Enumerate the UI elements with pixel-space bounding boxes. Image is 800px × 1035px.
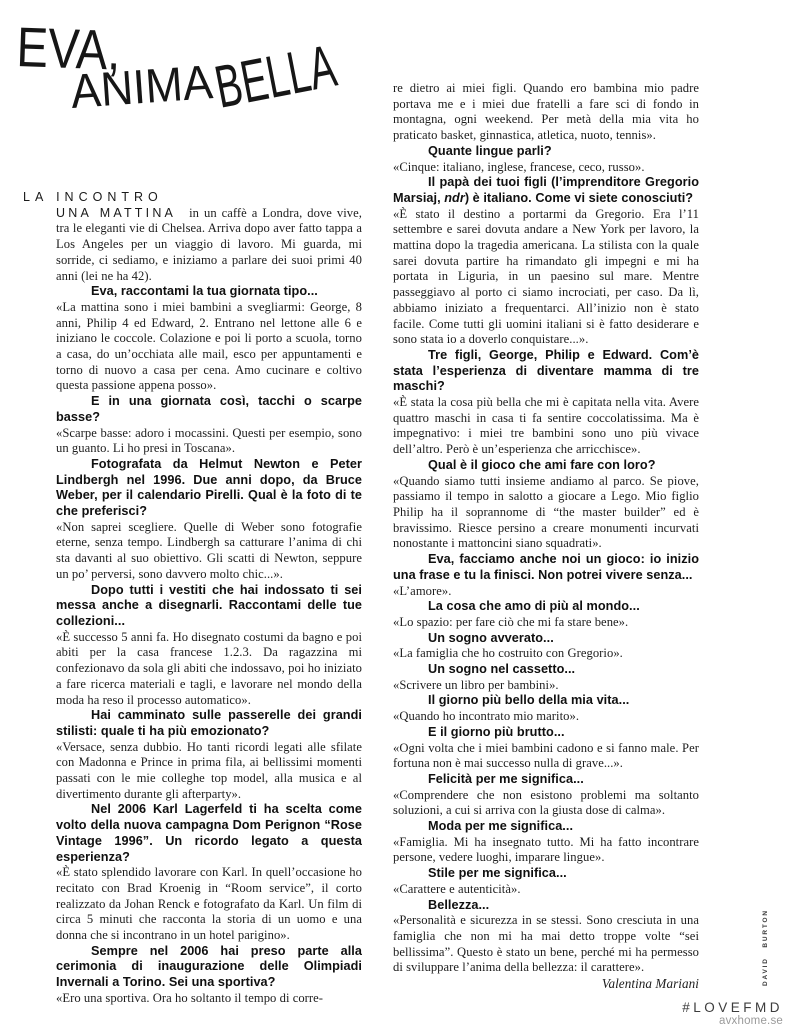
question-paragraph: Stile per me significa... (393, 866, 699, 882)
answer-paragraph: «La mattina sono i miei bambini a svegli… (56, 300, 362, 394)
answer-paragraph: «È stato splendido lavorare con Karl. In… (56, 865, 362, 944)
answer-paragraph: «Ero una sportiva. Ora ho soltanto il te… (56, 991, 362, 1007)
answer-paragraph: «La famiglia che ho costruito con Gregor… (393, 646, 699, 662)
answer-paragraph: «È stato il destino a portarmi da Gregor… (393, 207, 699, 348)
answer-paragraph: «Quando siamo tutti insieme andiamo al p… (393, 474, 699, 553)
watermark: #LOVEFMD avxhome.se (682, 1001, 783, 1027)
lead-in-caps: UNA MATTINA (56, 206, 176, 220)
answer-paragraph: «Personalità e sicurezza in se stessi. S… (393, 913, 699, 976)
watermark-tag: #LOVEFMD (682, 1001, 783, 1015)
answer-paragraph: «Lo spazio: per fare ciò che mi fa stare… (393, 615, 699, 631)
answer-paragraph: «Non saprei scegliere. Quelle di Weber s… (56, 520, 362, 583)
answer-paragraph: «L’amore». (393, 584, 699, 600)
lead-in-hang-line: LA INCONTRO (23, 190, 362, 206)
magazine-page: EVA, ANIMA BELLA LA INCONTROUNA MATTINAi… (0, 0, 800, 1035)
question-paragraph: Il giorno più bello della mia vita... (393, 693, 699, 709)
photographer-credit: DAVID BURTON (762, 918, 769, 986)
title-word-anima: ANIMA (69, 56, 214, 119)
answer-paragraph: «Cinque: italiano, inglese, francese, ce… (393, 160, 699, 176)
watermark-site: avxhome.se (682, 1015, 783, 1027)
lead-paragraph: UNA MATTINAin un caffè a Londra, dove vi… (56, 206, 362, 285)
question-paragraph: Felicità per me significa... (393, 772, 699, 788)
question-paragraph: Eva, facciamo anche noi un gioco: io ini… (393, 552, 699, 583)
question-paragraph: Sempre nel 2006 hai preso parte alla cer… (56, 944, 362, 991)
title-word-bella: BELLA (210, 32, 342, 121)
answer-paragraph: «Scrivere un libro per bambini». (393, 678, 699, 694)
right-column: re dietro ai miei figli. Quando ero bamb… (393, 81, 699, 992)
answer-paragraph: «È stata la cosa più bella che mi è capi… (393, 395, 699, 458)
byline: Valentina Mariani (393, 976, 699, 992)
question-paragraph: Un sogno nel cassetto... (393, 662, 699, 678)
question-paragraph: Moda per me significa... (393, 819, 699, 835)
answer-paragraph: «Carattere e autenticità». (393, 882, 699, 898)
answer-paragraph: «Versace, senza dubbio. Ho tanti ricordi… (56, 740, 362, 803)
inline-italic-note: ndr (444, 191, 465, 205)
question-paragraph: Fotografata da Helmut Newton e Peter Lin… (56, 457, 362, 520)
question-paragraph: Quante lingue parli? (393, 144, 699, 160)
answer-paragraph: «Ogni volta che i miei bambini cadono e … (393, 741, 699, 772)
answer-paragraph: «Quando ho incontrato mio marito». (393, 709, 699, 725)
question-paragraph: Un sogno avverato... (393, 631, 699, 647)
question-paragraph: Nel 2006 Karl Lagerfeld ti ha scelta com… (56, 802, 362, 865)
article-title: EVA, ANIMA BELLA (6, 6, 366, 131)
answer-paragraph: «È successo 5 anni fa. Ho disegnato cost… (56, 630, 362, 709)
answer-paragraph: «Scarpe basse: adoro i mocassini. Questi… (56, 426, 362, 457)
question-paragraph: E il giorno più brutto... (393, 725, 699, 741)
question-paragraph: Eva, raccontami la tua giornata tipo... (56, 284, 362, 300)
question-paragraph: Il papà dei tuoi figli (l’imprenditore G… (393, 175, 699, 206)
answer-paragraph: re dietro ai miei figli. Quando ero bamb… (393, 81, 699, 144)
question-paragraph: E in una giornata così, tacchi o scarpe … (56, 394, 362, 425)
question-paragraph: Dopo tutti i vestiti che hai indossato t… (56, 583, 362, 630)
answer-paragraph: «Famiglia. Mi ha insegnato tutto. Mi ha … (393, 835, 699, 866)
question-paragraph: Qual è il gioco che ami fare con loro? (393, 458, 699, 474)
question-paragraph: Hai camminato sulle passerelle dei grand… (56, 708, 362, 739)
question-paragraph: Tre figli, George, Philip e Edward. Com’… (393, 348, 699, 395)
question-paragraph: Bellezza... (393, 898, 699, 914)
question-paragraph: La cosa che amo di più al mondo... (393, 599, 699, 615)
left-column: LA INCONTROUNA MATTINAin un caffè a Lond… (56, 190, 362, 1007)
answer-paragraph: «Comprendere che non esistono problemi m… (393, 788, 699, 819)
question-text: ) è italiano. Come vi siete conosciuti? (465, 191, 693, 205)
